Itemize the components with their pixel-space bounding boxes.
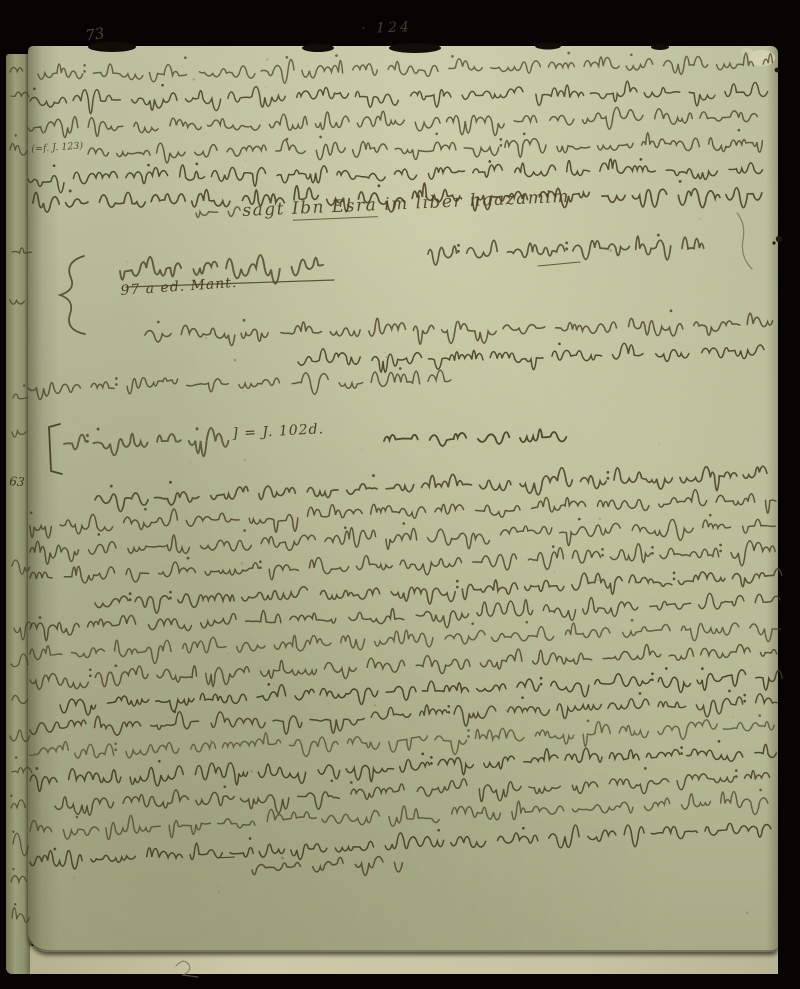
square-bracket-mark — [49, 424, 62, 474]
paper-speck — [598, 517, 601, 520]
paper-speck — [426, 810, 428, 812]
paper-speck — [265, 86, 266, 87]
margin-text-fragment — [13, 831, 28, 855]
handwritten-line — [55, 768, 770, 815]
curly-brace-mark — [60, 256, 85, 334]
margin-text-fragment — [11, 795, 25, 808]
paper-speck — [250, 770, 252, 772]
paper-speck — [193, 78, 195, 80]
paper-speck — [361, 448, 363, 450]
handwritten-line — [30, 541, 775, 583]
paper-speck — [513, 312, 514, 313]
margin-text-fragment — [10, 730, 30, 741]
paper-speck — [281, 856, 284, 859]
paper-speck — [770, 683, 771, 684]
paper-speck — [553, 250, 555, 252]
handwritten-line — [28, 159, 762, 193]
paper-speck — [634, 580, 637, 583]
paper-speck — [73, 877, 75, 879]
paper-speck — [233, 359, 236, 362]
paper-speck — [240, 562, 243, 565]
paper-speck — [266, 58, 269, 61]
paper-speck — [218, 885, 220, 887]
paper-speck — [597, 579, 600, 582]
paper-speck — [732, 716, 733, 717]
handwriting-layer — [0, 0, 800, 989]
paper-speck — [227, 653, 229, 655]
manuscript-scan: 73 · 124 sagtIbn Esraim liber haazamim 9… — [0, 0, 800, 989]
paper-speck — [746, 912, 748, 914]
paper-speck — [190, 462, 192, 464]
handwritten-line — [28, 368, 451, 400]
margin-text-fragment — [10, 67, 23, 72]
paper-speck — [155, 522, 156, 523]
paper-speck — [219, 119, 220, 120]
paper-speck — [506, 710, 508, 712]
handwritten-line — [298, 343, 764, 372]
paper-speck — [609, 249, 612, 252]
handwritten-line — [64, 428, 229, 456]
page-edge-notches — [88, 42, 669, 53]
margin-text-fragment — [13, 385, 27, 399]
margin-text-fragment — [11, 92, 29, 97]
handwritten-line — [30, 645, 777, 690]
margin-text-fragment — [12, 431, 26, 437]
margin-hook-mark — [737, 213, 752, 269]
handwritten-line — [145, 310, 773, 345]
handwritten-line — [30, 620, 780, 664]
paper-speck — [218, 891, 220, 893]
paper-speck — [374, 704, 376, 706]
handwritten-line — [30, 741, 776, 792]
paper-speck — [699, 218, 701, 220]
handwriting-strokes — [28, 52, 782, 875]
margin-number: 63 — [9, 474, 25, 489]
margin-text-fragment — [12, 248, 31, 253]
paper-speck — [554, 571, 556, 573]
margin-text-fragment — [11, 868, 26, 882]
paper-speck — [106, 717, 107, 718]
handwritten-line — [384, 429, 566, 446]
paper-speck — [285, 588, 286, 589]
ink-blot — [772, 68, 782, 245]
paper-speck — [197, 815, 198, 816]
handwritten-line — [88, 130, 762, 163]
handwritten-line — [60, 668, 782, 715]
handwritten-line — [196, 207, 240, 217]
paper-speck — [313, 588, 314, 589]
paper-speck — [385, 356, 388, 359]
paper-speck — [395, 168, 396, 169]
pencil-mark — [176, 961, 198, 977]
paper-speck — [243, 459, 246, 462]
margin-text-fragment — [12, 757, 32, 773]
paper-speck — [658, 443, 660, 445]
handwritten-line — [30, 490, 776, 538]
paper-speck — [245, 160, 246, 161]
margin-text-fragment — [10, 300, 24, 304]
german-note-name-underlined: Ibn Esra — [292, 195, 378, 221]
handwritten-line — [30, 515, 775, 565]
paper-speck — [180, 860, 181, 861]
folio-number: 73 — [84, 24, 106, 45]
paper-speck — [205, 337, 207, 339]
margin-text-fragment — [11, 654, 28, 667]
handwritten-line — [95, 569, 782, 613]
margin-text-fragment — [12, 904, 29, 923]
margin-text-fragment — [10, 135, 27, 155]
page-number: · 124 — [361, 19, 412, 37]
terminal-dash: — — [219, 846, 236, 866]
margin-text-fragment — [14, 622, 32, 640]
paper-speck — [197, 826, 198, 827]
handwritten-line — [38, 52, 772, 83]
handwritten-line — [30, 715, 774, 758]
paper-speck — [725, 146, 727, 148]
margin-text-fragment — [12, 560, 30, 574]
german-note-lead: sagt — [242, 199, 285, 221]
handwritten-line — [30, 81, 768, 114]
margin-fragments — [10, 67, 32, 922]
handwritten-line — [30, 789, 768, 839]
handwritten-line — [252, 857, 402, 876]
paper-speck — [373, 809, 375, 811]
handwritten-line — [428, 235, 704, 266]
margin-text-fragment — [12, 695, 28, 703]
paper-speck — [384, 352, 385, 353]
torn-paper-patch — [741, 48, 775, 66]
paper-speck — [210, 740, 212, 742]
paper-speck — [127, 261, 128, 262]
